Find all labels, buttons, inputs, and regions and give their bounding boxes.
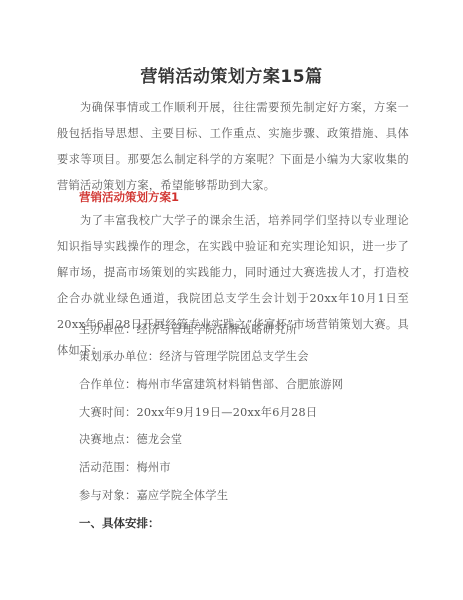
document-page: 营销活动策划方案15篇 为确保事情或工作顺利开展，往往需要预先制定好方案，方案一… (0, 0, 463, 600)
sub-heading: 一、具体安排： (79, 515, 160, 531)
info-organizer: 主办单位：经济与管理学院品牌战略研究所 (79, 321, 297, 337)
body-paragraph: 为了丰富我校广大学子的课余生活，培养同学们坚持以专业理论知识指导实践操作的理念，… (57, 208, 409, 364)
info-co-organizer: 策划承办单位：经济与管理学院团总支学生会 (79, 348, 309, 364)
info-time: 大赛时间：20xx年9月19日—20xx年6月28日 (79, 404, 317, 420)
info-partners: 合作单位：梅州市华富建筑材料销售部、合肥旅游网 (79, 376, 343, 392)
info-scope: 活动范围：梅州市 (79, 459, 171, 475)
info-participants: 参与对象：嘉应学院全体学生 (79, 487, 228, 503)
info-venue: 决赛地点：德龙会堂 (79, 431, 182, 447)
intro-paragraph: 为确保事情或工作顺利开展，往往需要预先制定好方案，方案一般包括指导思想、主要目标… (57, 95, 409, 199)
section-heading: 营销活动策划方案1 (79, 189, 179, 205)
document-title: 营销活动策划方案15篇 (0, 62, 463, 87)
